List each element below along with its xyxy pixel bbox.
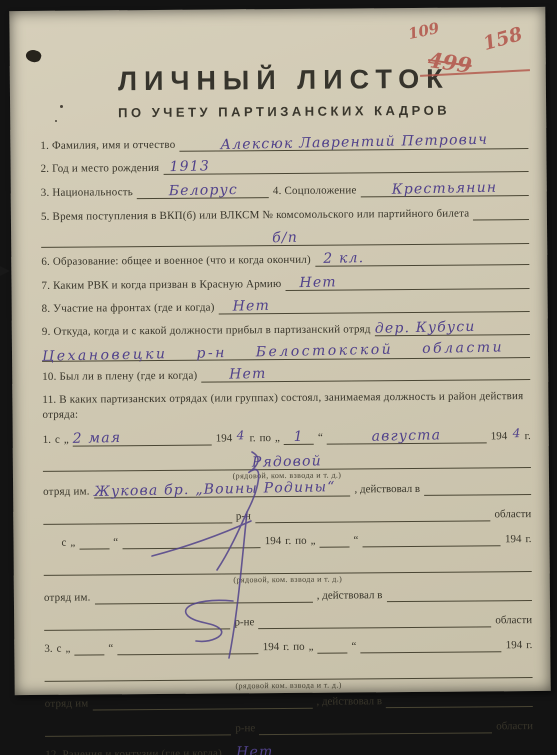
field-party-entry: 5. Время поступления в ВКП(б) или ВЛКСМ … <box>41 205 529 224</box>
printed-po: по <box>295 535 306 548</box>
handwritten-birth-year: 1913 <box>169 160 210 174</box>
printed-rne: р-не <box>235 722 255 735</box>
close-quote: “ <box>108 642 113 655</box>
fill-line <box>92 694 312 711</box>
fill-line: б/п <box>41 229 529 248</box>
fill-line <box>386 586 532 602</box>
printed-oblast: области <box>494 508 531 521</box>
service-entry-1-unit: отряд им. Жукова бр. „Воины Родины“ , де… <box>43 480 531 499</box>
printed-oblast: области <box>496 720 533 733</box>
printed-s: с <box>57 643 62 656</box>
fill-line <box>360 637 502 653</box>
printed-year: 194 <box>216 432 233 445</box>
fill-line <box>117 639 259 655</box>
fill-line <box>362 531 501 547</box>
paper-speck <box>60 105 63 108</box>
open-quote: „ <box>275 432 280 445</box>
open-quote: „ <box>64 434 69 447</box>
printed-otryad: отряд им. <box>43 485 90 498</box>
fill-line-day <box>74 640 104 655</box>
field-label: 10. Был ли в плену (где и когда) <box>42 370 197 384</box>
handwritten-party-status: б/п <box>272 232 298 246</box>
service-entry-3-unit: отряд им , действовал в <box>45 692 533 711</box>
field-captivity: 10. Был ли в плену (где и когда) Нет <box>42 365 530 384</box>
entry-number: 1. <box>43 434 51 447</box>
service-entry-1-dates: 1. с „ 2 мая 1944 г. по „ 1 “ августа 19… <box>43 428 531 447</box>
printed-g: г. <box>525 533 531 546</box>
fill-line: Цехановецки р-н Белостокской области <box>42 343 530 362</box>
handwritten-unit-name: Жукова бр. „Воины Родины“ <box>94 481 336 499</box>
handwritten-month-to: августа <box>372 429 442 443</box>
handwritten-rvk: Нет <box>299 276 337 290</box>
handwritten-origin-1: дер. Кубуси <box>375 321 476 336</box>
printed-g: г. <box>283 641 289 654</box>
service-entry-3-dates: 3. с „ “ 194 г. по „ “ 194 г. <box>44 637 532 656</box>
margin-arrow-mark <box>0 266 10 276</box>
field-label: 4. Соцположение <box>273 184 357 198</box>
fill-line-day <box>319 532 349 547</box>
fill-line <box>259 718 492 735</box>
printed-otryad: отряд им <box>45 698 89 711</box>
printed-s: с <box>61 537 66 550</box>
field-origin-line2: Цехановецки р-н Белостокской области <box>42 343 530 362</box>
fill-line: Нет <box>226 743 533 755</box>
fill-line: Крестьянин <box>360 181 528 197</box>
printed-acted: , действовал в <box>354 483 420 497</box>
printed-year: 194 <box>491 430 508 443</box>
close-quote: “ <box>318 432 323 445</box>
printed-year: 194 <box>265 535 282 548</box>
printed-otryad: отряд им. <box>44 591 91 604</box>
handwritten-position: Рядовой <box>252 455 322 469</box>
scanned-document-page: ЛИЧНЫЙ ЛИСТОК ПО УЧЕТУ ПАРТИЗАНСКИХ КАДР… <box>0 0 557 755</box>
field-birth: 2. Год и место рождения 1913 <box>40 157 528 176</box>
form-content: ЛИЧНЫЙ ЛИСТОК ПО УЧЕТУ ПАРТИЗАНСКИХ КАДР… <box>9 7 551 755</box>
open-quote: „ <box>311 535 316 548</box>
handwritten-wounds: Нет <box>236 746 274 755</box>
printed-g: г. <box>285 535 291 548</box>
paper-speck <box>55 120 57 122</box>
fill-line <box>45 720 231 736</box>
field-label: 12. Ранения и контузии (где и когда) <box>45 747 222 755</box>
fill-line <box>255 506 491 523</box>
handwritten-year-digit: 4 <box>237 429 246 442</box>
entry-number: 3. <box>44 643 52 656</box>
paper-sheet: ЛИЧНЫЙ ЛИСТОК ПО УЧЕТУ ПАРТИЗАНСКИХ КАДР… <box>9 7 550 695</box>
field-nationality-social: 3. Национальность Белорус 4. Соцположени… <box>41 181 529 200</box>
field-fronts: 8. Участие на фронтах (где и когда) Нет <box>42 297 530 316</box>
fill-line <box>44 614 230 630</box>
field-label: 9. Откуда, когда и с какой должности при… <box>42 323 371 339</box>
field-label: 8. Участие на фронтах (где и когда) <box>42 302 215 316</box>
field-label: 5. Время поступления в ВКП(б) или ВЛКСМ … <box>41 208 469 224</box>
service-entry-2-unit: отряд им. , действовал в <box>44 586 532 605</box>
fill-line-day <box>317 638 347 653</box>
field-full-name: 1. Фамилия, имя и отчество Алексюк Лавре… <box>40 134 528 153</box>
handwritten-date-from: 2 мая <box>73 432 122 446</box>
printed-year: 194 <box>263 641 280 654</box>
fill-line: Нет <box>218 297 529 314</box>
open-quote: „ <box>65 643 70 656</box>
fill-line-day: 1 <box>284 430 314 445</box>
printed-s: с <box>55 434 60 447</box>
page-subtitle: ПО УЧЕТУ ПАРТИЗАНСКИХ КАДРОВ <box>40 102 528 121</box>
fill-line <box>94 588 312 605</box>
field-party-entry-line2: б/п <box>41 229 529 248</box>
handwritten-captivity: Нет <box>229 368 267 382</box>
handwritten-full-name: Алексюк Лаврентий Петрович <box>220 134 488 152</box>
handwritten-year-digit: 4 <box>512 427 521 440</box>
field-education: 6. Образование: общее и военное (что и к… <box>41 250 529 269</box>
handwritten-origin-2: Цехановецки р-н Белостокской области <box>42 341 504 363</box>
field-origin: 9. Откуда, когда и с какой должности при… <box>42 320 530 339</box>
fill-line: Алексюк Лаврентий Петрович <box>179 134 528 152</box>
field-label: 6. Образование: общее и военное (что и к… <box>41 254 311 269</box>
fill-line: Нет <box>201 365 530 383</box>
close-quote: “ <box>113 536 118 549</box>
fill-line: 1913 <box>163 157 528 175</box>
close-quote: “ <box>351 640 356 653</box>
fill-line <box>122 533 261 549</box>
service-entry-2-dates: с „ “ 194 г. по „ “ 194 г. <box>43 531 531 550</box>
handwritten-fronts: Нет <box>232 300 270 314</box>
open-quote: „ <box>309 641 314 654</box>
printed-acted: , действовал в <box>317 589 383 603</box>
fill-line: Нет <box>285 274 529 291</box>
fill-line: августа <box>327 428 487 444</box>
printed-oblast: области <box>495 614 532 627</box>
handwritten-nationality: Белорус <box>168 184 237 198</box>
field-rvk: 7. Каким РВК и когда призван в Красную А… <box>41 274 529 293</box>
field-label: 3. Национальность <box>41 186 133 200</box>
printed-po: по <box>260 432 271 445</box>
printed-acted: , действовал в <box>316 695 382 709</box>
fill-line <box>43 508 232 524</box>
open-quote: „ <box>70 537 75 550</box>
fill-line <box>424 480 531 496</box>
fill-line: Белорус <box>137 183 269 199</box>
service-entry-2-district: р-не области <box>44 612 532 631</box>
printed-year: 194 <box>506 639 523 652</box>
fill-line <box>258 612 491 629</box>
field-label: 1. Фамилия, имя и отчество <box>40 139 175 153</box>
printed-g: г. <box>250 432 256 445</box>
fill-line: дер. Кубуси <box>375 320 530 336</box>
field-label: 2. Год и место рождения <box>41 162 160 176</box>
handwritten-day-to: 1 <box>294 431 304 444</box>
handwritten-social-position: Крестьянин <box>392 182 498 197</box>
fill-line: 2 мая <box>73 431 212 447</box>
printed-po: по <box>293 641 304 654</box>
printed-g: г. <box>526 639 532 652</box>
fill-line-day <box>79 534 109 549</box>
fill-line: Жукова бр. „Воины Родины“ <box>94 481 351 498</box>
fill-line: 2 кл. <box>315 250 530 267</box>
printed-rn: р-н <box>236 510 251 523</box>
handwritten-education: 2 кл. <box>323 252 364 266</box>
fill-line <box>386 692 533 708</box>
field-label: 7. Каким РВК и когда призван в Красную А… <box>41 278 281 293</box>
printed-year: 194 <box>505 533 522 546</box>
printed-g: г. <box>525 430 531 443</box>
fill-line <box>473 205 529 220</box>
close-quote: “ <box>353 534 358 547</box>
field-wounds: 12. Ранения и контузии (где и когда) Нет <box>45 743 533 755</box>
printed-rne: р-не <box>234 616 254 629</box>
service-entry-3-district: р-не области <box>45 718 533 737</box>
field-units-label: 11. В каких партизанских отрядах (или гр… <box>42 389 530 423</box>
service-entry-1-district: р-н области <box>43 506 531 525</box>
